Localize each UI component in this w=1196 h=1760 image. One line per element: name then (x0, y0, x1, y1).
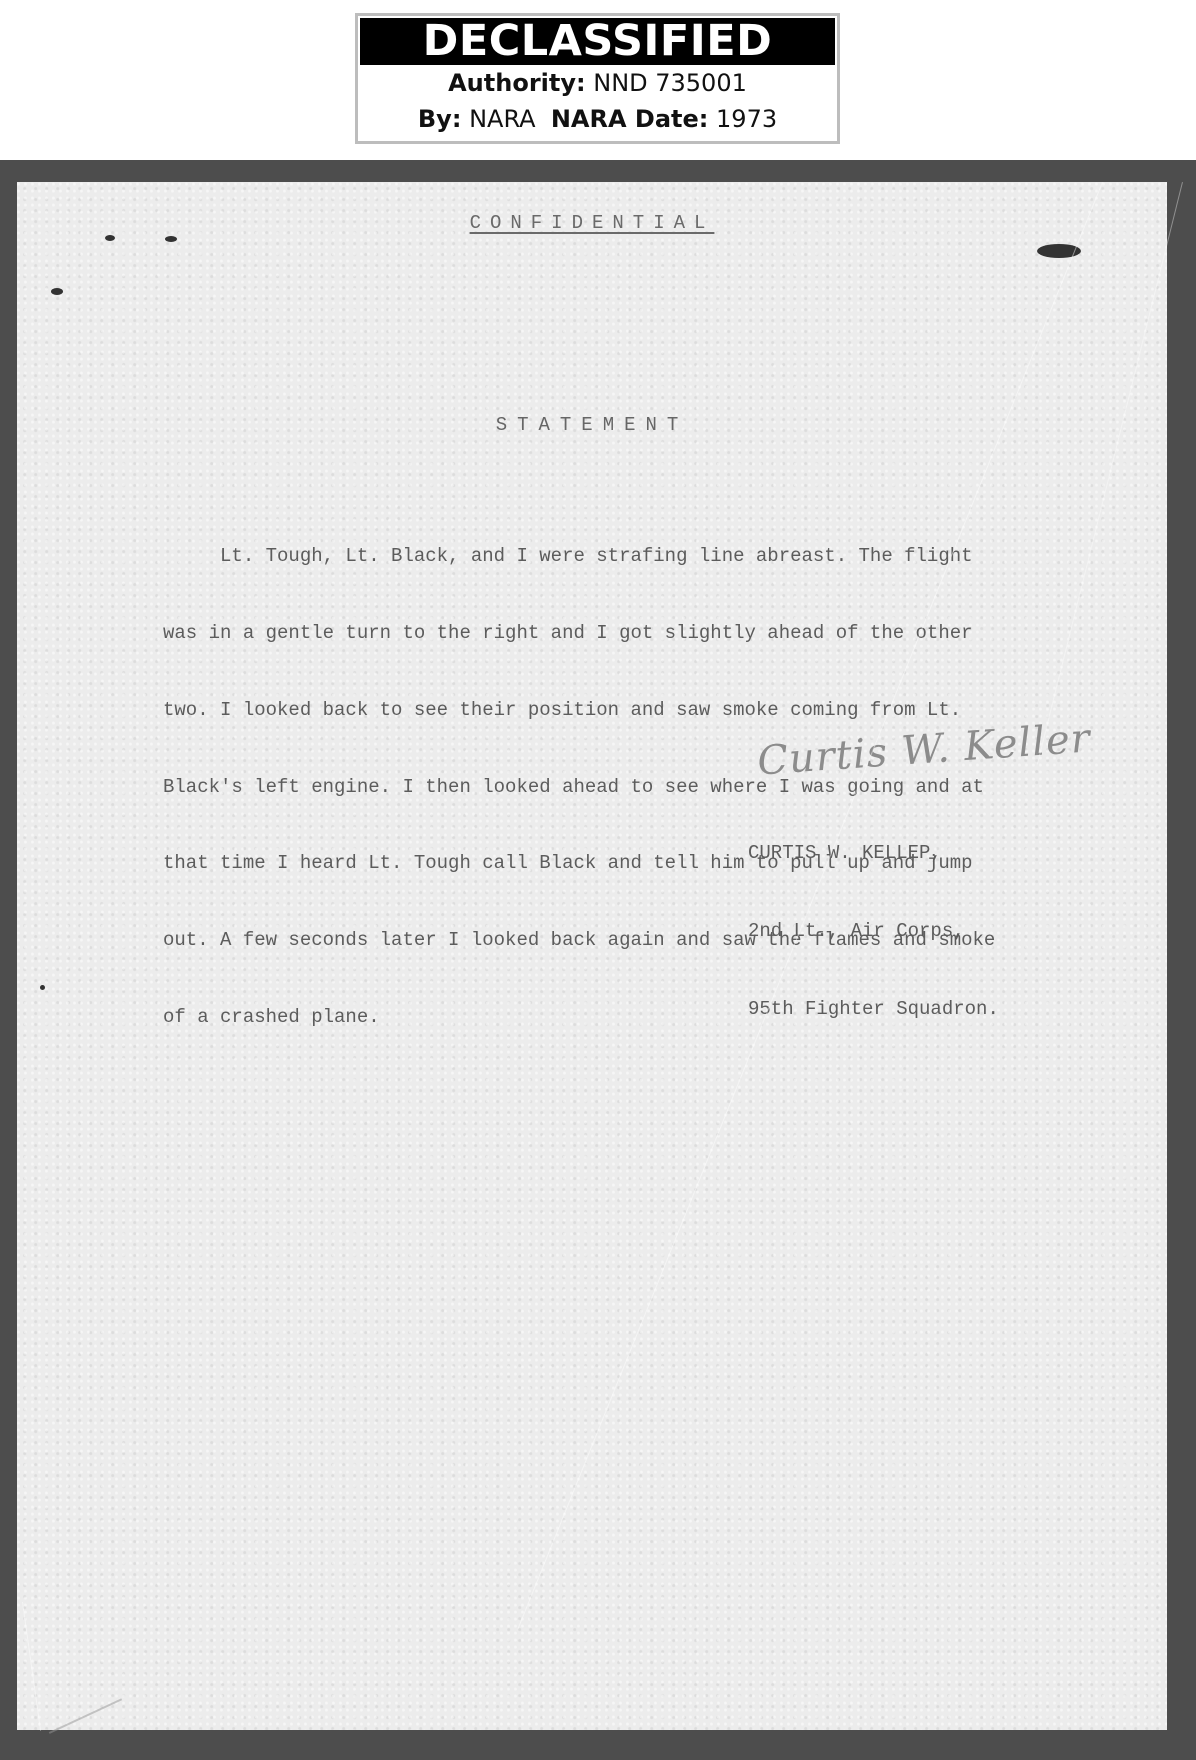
stamp-authority: Authority: NND 735001 (358, 65, 837, 101)
authority-label: Authority: (448, 69, 585, 97)
ink-blot (165, 236, 177, 242)
scanned-page-background: CONFIDENTIAL STATEMENT Lt. Tough, Lt. Bl… (0, 160, 1196, 1760)
signatory-rank: 2nd Lt., Air Corps, (748, 918, 999, 944)
authority-value: NND 735001 (593, 69, 747, 97)
stamp-by-date: By: NARA NARA Date: 1973 (358, 101, 837, 137)
body-line: Lt. Tough, Lt. Black, and I were strafin… (163, 544, 1063, 570)
body-line: two. I looked back to see their position… (163, 698, 1063, 724)
stamp-title: DECLASSIFIED (360, 18, 835, 65)
body-line: was in a gentle turn to the right and I … (163, 621, 1063, 647)
document-title: STATEMENT (17, 414, 1167, 436)
date-value: 1973 (716, 105, 777, 133)
classification-header: CONFIDENTIAL (17, 212, 1167, 234)
scratch-mark (1037, 182, 1183, 764)
declassified-stamp: DECLASSIFIED Authority: NND 735001 By: N… (355, 13, 840, 144)
signature-block: CURTIS W. KELLEP, 2nd Lt., Air Corps, 95… (748, 788, 999, 1074)
date-label: NARA Date: (551, 105, 709, 133)
ink-blot (105, 235, 115, 241)
scratch-mark (22, 1602, 41, 1731)
pencil-mark (32, 1662, 122, 1734)
ink-blot (51, 288, 63, 295)
by-value: NARA (469, 105, 536, 133)
ink-blot (40, 985, 45, 990)
by-label: By: (418, 105, 462, 133)
signatory-unit: 95th Fighter Squadron. (748, 996, 999, 1022)
signatory-name: CURTIS W. KELLEP, (748, 840, 999, 866)
document-page: CONFIDENTIAL STATEMENT Lt. Tough, Lt. Bl… (17, 182, 1167, 1730)
